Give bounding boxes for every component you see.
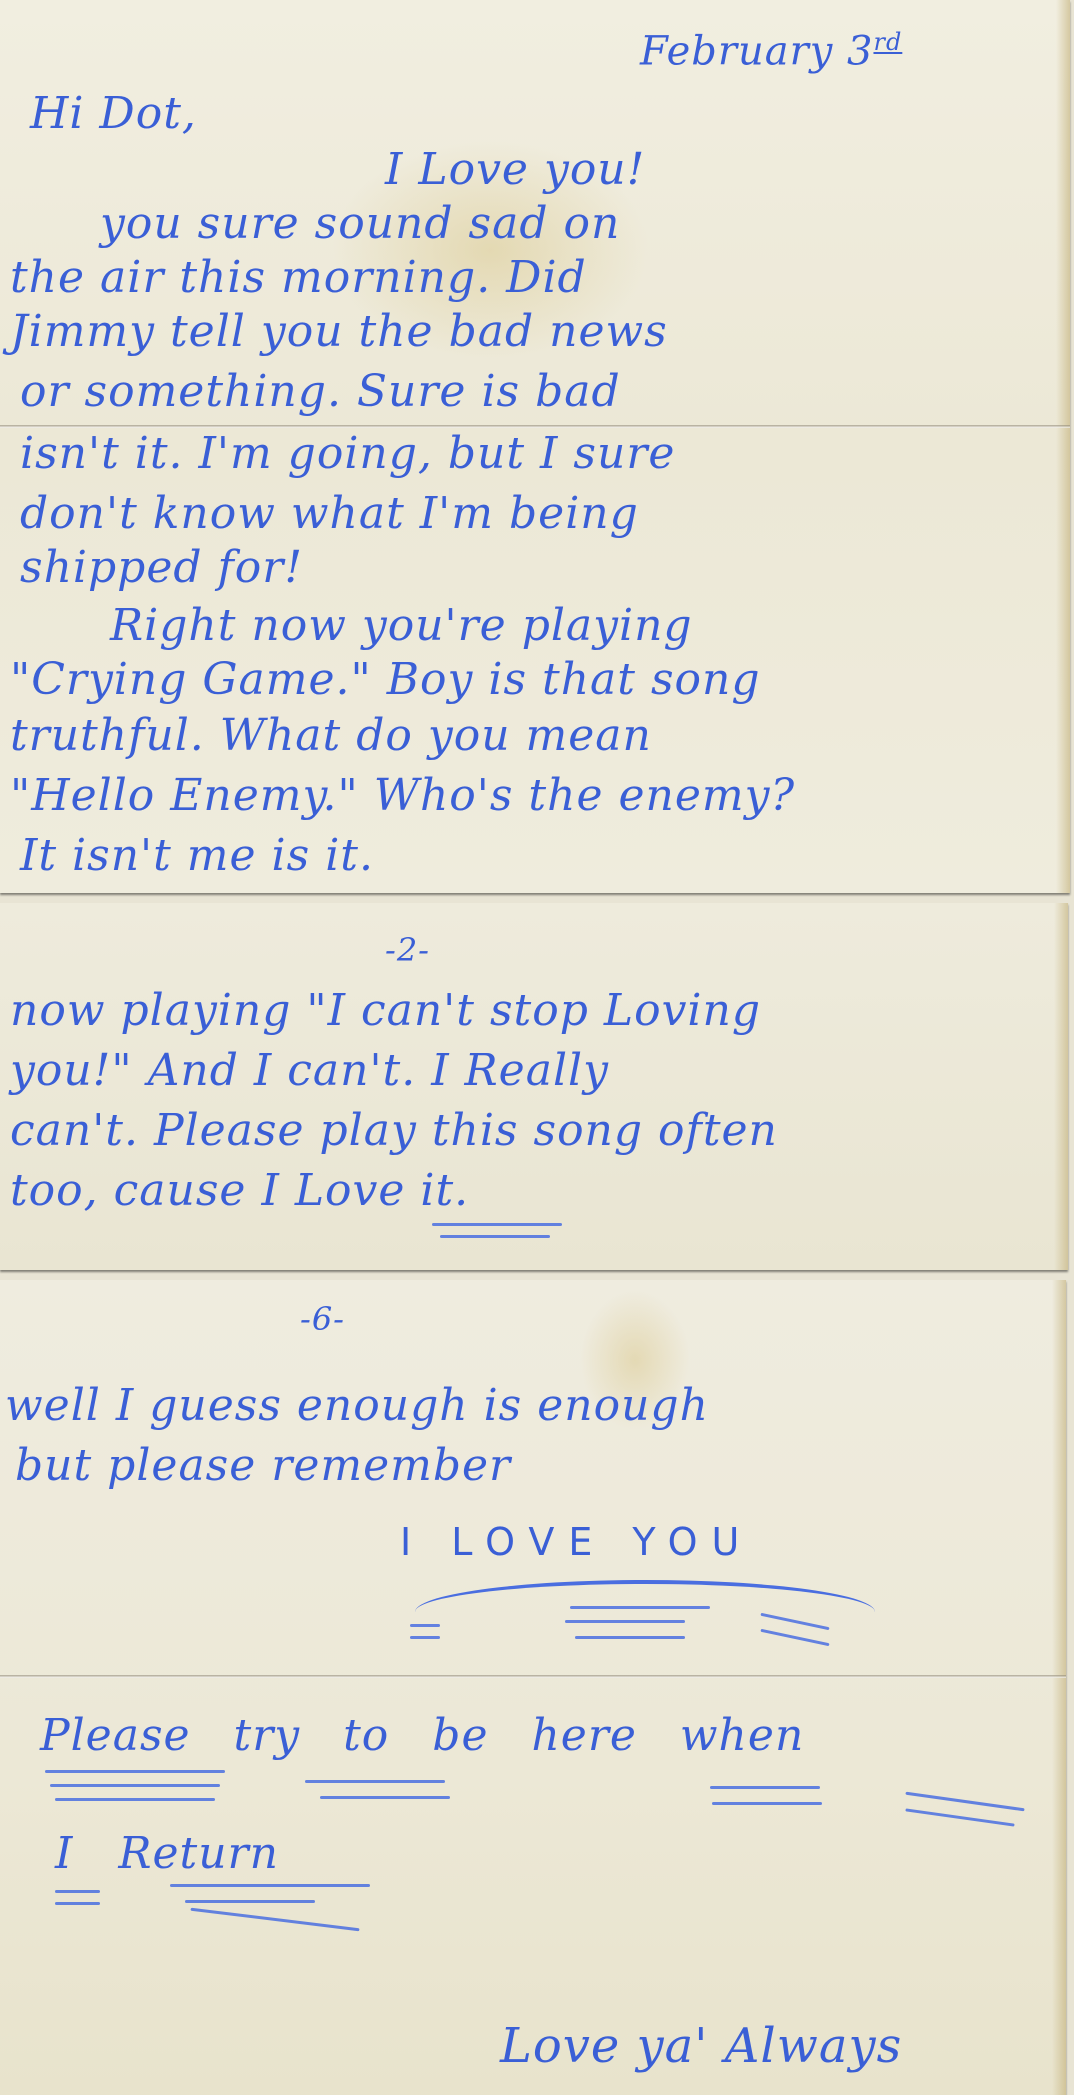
letter-page-1: February 3rd Hi Dot, I Love you! you sur…: [0, 0, 1070, 893]
plea-underline: [50, 1784, 220, 1787]
signoff: Love ya' Always: [500, 2018, 902, 2074]
plea-underline: [710, 1786, 820, 1789]
letter-line: well I guess enough is enough: [5, 1380, 709, 1431]
underline-love: [432, 1223, 562, 1226]
date-text: February 3: [640, 28, 873, 74]
emphasis-stroke: [570, 1606, 710, 1609]
greeting: Hi Dot,: [30, 88, 197, 139]
letter-line: don't know what I'm being: [20, 488, 639, 539]
letter-line: the air this morning. Did: [10, 252, 587, 303]
plea-underline: [55, 1798, 215, 1801]
letter-line: Jimmy tell you the bad news: [10, 306, 668, 357]
emphasis-arc: [415, 1580, 875, 1644]
i-love-you-emphasis: I LOVE YOU: [400, 1520, 753, 1564]
date-suffix: rd: [873, 28, 902, 56]
plea-underline: [55, 1902, 100, 1905]
letter-date: February 3rd: [640, 28, 902, 74]
paper-edge-shading: [1052, 1280, 1066, 2095]
headline-i-love-you: I Love you!: [385, 144, 645, 195]
plea-underline: [320, 1796, 450, 1799]
letter-line: "Hello Enemy." Who's the enemy?: [10, 770, 795, 821]
emphasis-stroke: [410, 1624, 440, 1627]
letter-line: shipped for!: [20, 542, 303, 593]
letter-line: now playing "I can't stop Loving: [10, 985, 761, 1036]
letter-line: "Crying Game." Boy is that song: [10, 654, 761, 705]
letter-page-2: -2- now playing "I can't stop Loving you…: [0, 903, 1068, 1270]
letter-line: you sure sound sad on: [100, 198, 620, 249]
emphasis-stroke: [410, 1636, 440, 1639]
underline-love: [440, 1235, 550, 1238]
letter-line: can't. Please play this song often: [10, 1105, 778, 1156]
plea-underline: [712, 1802, 822, 1805]
paper-edge-shading: [1054, 903, 1068, 1270]
emphasis-stroke: [565, 1620, 685, 1623]
paper-edge-shading: [1056, 0, 1070, 893]
plea-underline: [905, 1808, 1014, 1826]
fold-crease: [0, 1675, 1066, 1678]
plea-underline: [170, 1884, 370, 1887]
plea-underline: [185, 1900, 315, 1903]
plea-line-2: I Return: [55, 1828, 279, 1879]
letter-line: truthful. What do you mean: [10, 710, 652, 761]
plea-underline: [905, 1792, 1024, 1812]
page-number: -2-: [385, 931, 430, 969]
emphasis-stroke: [575, 1636, 685, 1639]
letter-line: or something. Sure is bad: [20, 366, 621, 417]
letter-line: too, cause I Love it.: [10, 1165, 469, 1216]
letter-line: you!" And I can't. I Really: [10, 1045, 609, 1096]
letter-line: isn't it. I'm going, but I sure: [20, 428, 675, 479]
plea-underline: [55, 1890, 100, 1893]
letter-line: It isn't me is it.: [20, 830, 374, 881]
plea-underline: [305, 1780, 445, 1783]
plea-underline: [45, 1770, 225, 1773]
plea-underline: [190, 1908, 359, 1932]
plea-line-1: Please try to be here when: [40, 1710, 804, 1761]
letter-line: but please remember: [15, 1440, 511, 1491]
letter-line: Right now you're playing: [110, 600, 693, 651]
letter-page-6: -6- well I guess enough is enough but pl…: [0, 1280, 1066, 2095]
page-number: -6-: [300, 1300, 345, 1338]
